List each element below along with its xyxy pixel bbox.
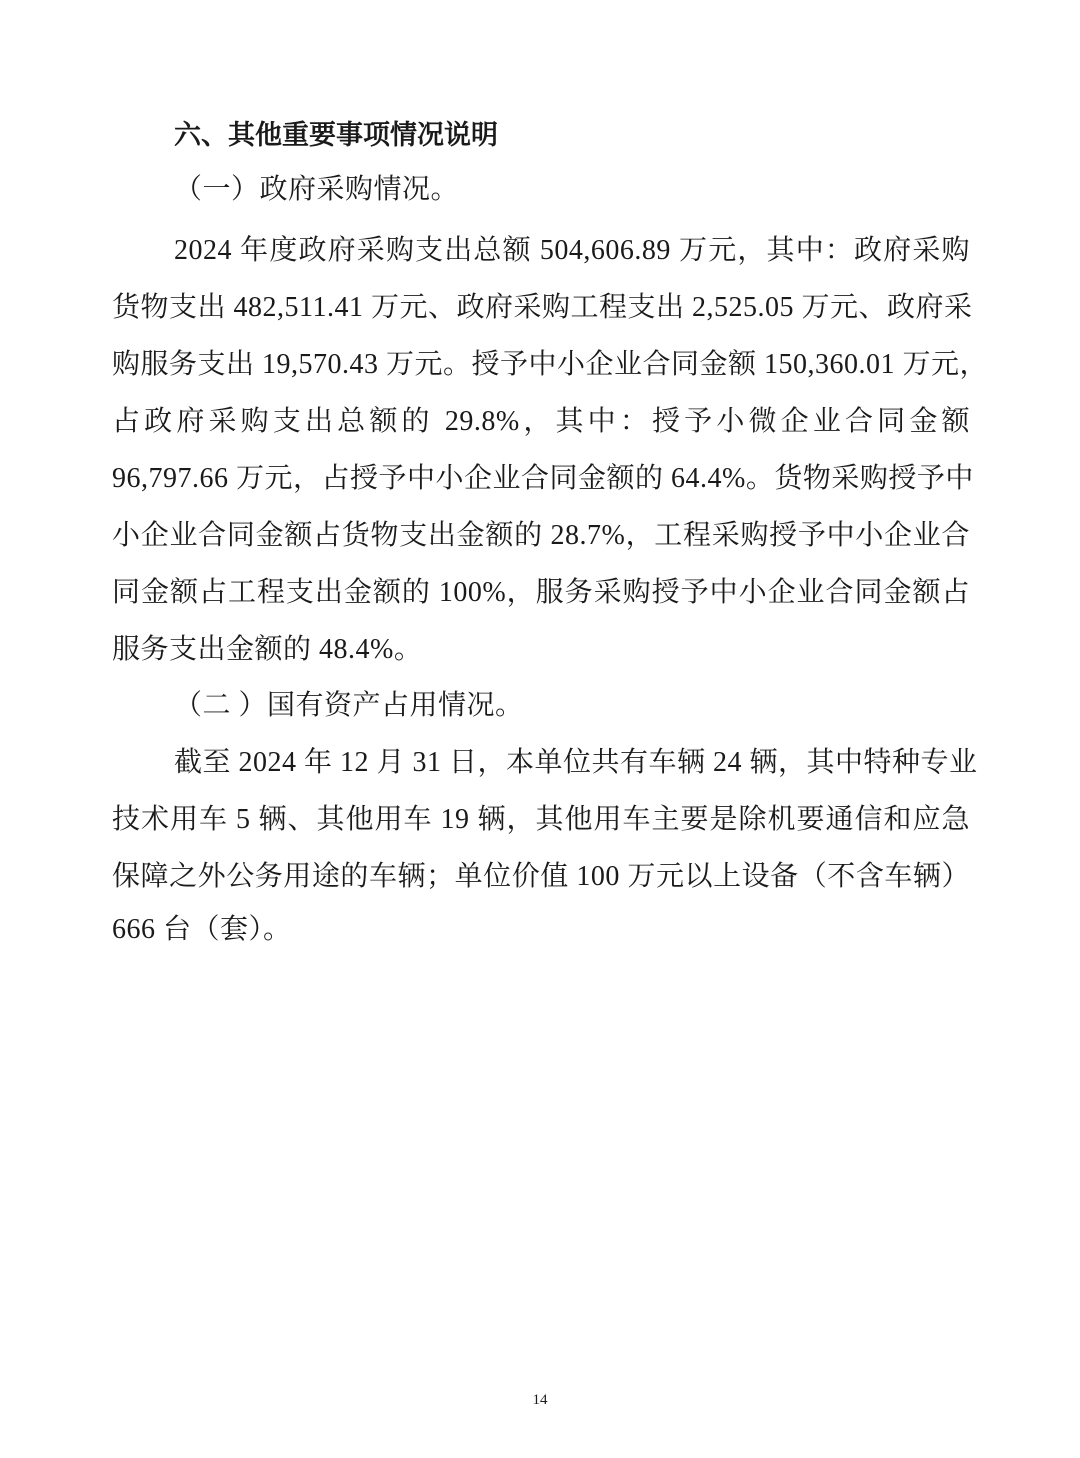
paragraph-line: 小企业合同金额占货物支出金额的 28.7%，工程采购授予中小企业合 (112, 518, 970, 554)
document-page: 六、其他重要事项情况说明 （一）政府采购情况。 2024 年度政府采购支出总额 … (0, 0, 1080, 1458)
subsection-title-procurement: （一）政府采购情况。 (174, 172, 1032, 208)
paragraph-line: 同金额占工程支出金额的 100%，服务采购授予中小企业合同金额占 (112, 575, 970, 611)
paragraph-line: 服务支出金额的 48.4%。 (112, 632, 970, 668)
paragraph-line: 2024 年度政府采购支出总额 504,606.89 万元，其中：政府采购 (174, 233, 970, 269)
paragraph-line: 技术用车 5 辆、其他用车 19 辆，其他用车主要是除机要通信和应急 (112, 802, 970, 838)
paragraph-line: 占政府采购支出总额的 29.8%，其中：授予小微企业合同金额 (112, 404, 970, 440)
paragraph-line: 购服务支出 19,570.43 万元。授予中小企业合同金额 150,360.01… (112, 347, 970, 383)
paragraph-line: 保障之外公务用途的车辆；单位价值 100 万元以上设备（不含车辆） (112, 859, 970, 895)
paragraph-line: 货物支出 482,511.41 万元、政府采购工程支出 2,525.05 万元、… (112, 290, 970, 326)
paragraph-line: 96,797.66 万元，占授予中小企业合同金额的 64.4%。货物采购授予中 (112, 461, 970, 497)
page-number: 14 (0, 1390, 1080, 1410)
paragraph-line: 截至 2024 年 12 月 31 日，本单位共有车辆 24 辆，其中特种专业 (174, 745, 970, 781)
paragraph-line: 666 台（套）。 (112, 912, 970, 948)
section-heading: 六、其他重要事项情况说明 (174, 118, 498, 154)
subsection-title-assets: （二 ）国有资产占用情况。 (174, 688, 1032, 724)
